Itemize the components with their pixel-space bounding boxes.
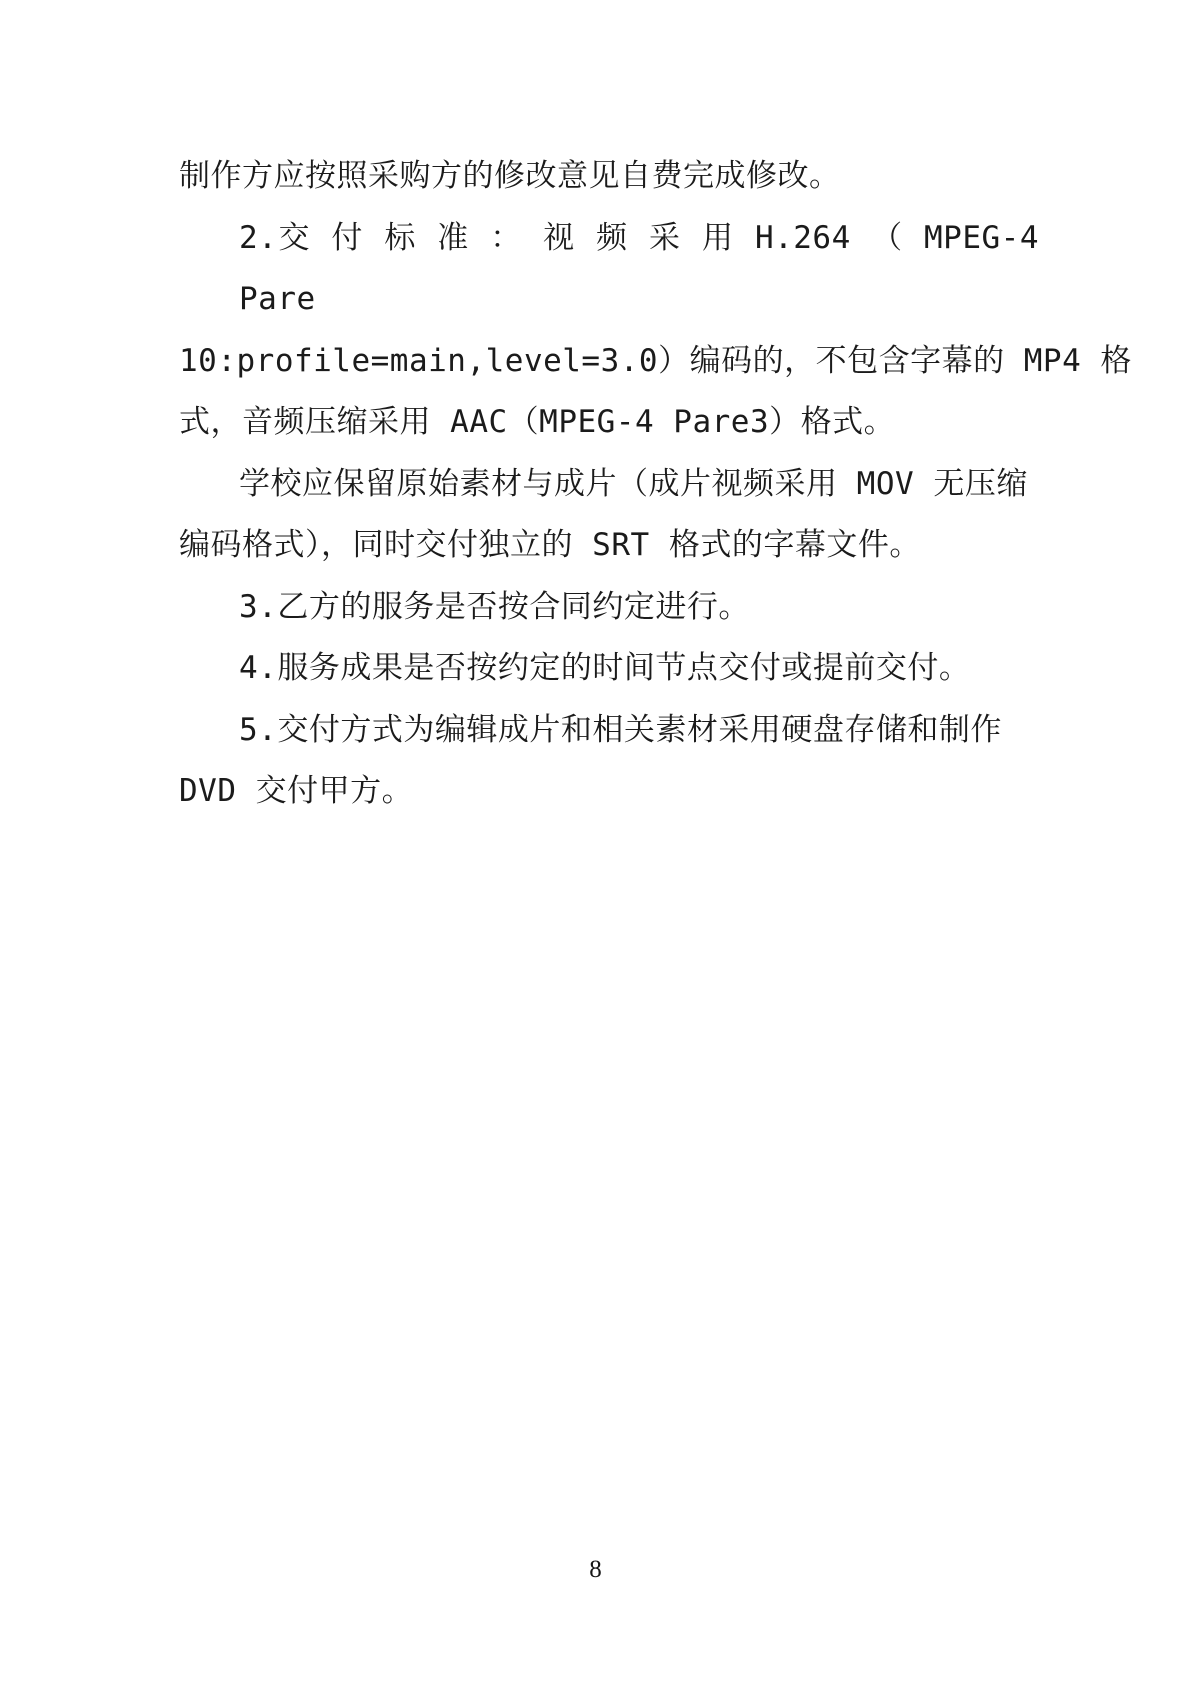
page-number: 8 xyxy=(589,1556,602,1583)
contract-text-block: 制作方应按照采购方的修改意见自费完成修改。 2.交 付 标 准 ： 视 频 采 … xyxy=(179,146,1039,823)
contract-line: 5.交付方式为编辑成片和相关素材采用硬盘存储和制作 xyxy=(179,700,1039,762)
contract-line: 学校应保留原始素材与成片（成片视频采用 MOV 无压缩 xyxy=(179,454,1039,516)
contract-line: 编码格式），同时交付独立的 SRT 格式的字幕文件。 xyxy=(179,515,1039,577)
contract-line: 3.乙方的服务是否按合同约定进行。 xyxy=(179,577,1039,639)
contract-line: DVD 交付甲方。 xyxy=(179,761,1039,823)
contract-line: 10:profile=main,level=3.0）编码的，不包含字幕的 MP4… xyxy=(179,331,1039,393)
contract-line: 2.交 付 标 准 ： 视 频 采 用 H.264 （ MPEG-4 Pare xyxy=(179,208,1039,331)
contract-line: 4.服务成果是否按约定的时间节点交付或提前交付。 xyxy=(179,638,1039,700)
contract-line: 式，音频压缩采用 AAC（MPEG-4 Pare3）格式。 xyxy=(179,392,1039,454)
contract-line: 制作方应按照采购方的修改意见自费完成修改。 xyxy=(179,146,1039,208)
document-page: 制作方应按照采购方的修改意见自费完成修改。 2.交 付 标 准 ： 视 频 采 … xyxy=(0,0,1191,1684)
page-footer: 8 xyxy=(0,1557,1191,1583)
